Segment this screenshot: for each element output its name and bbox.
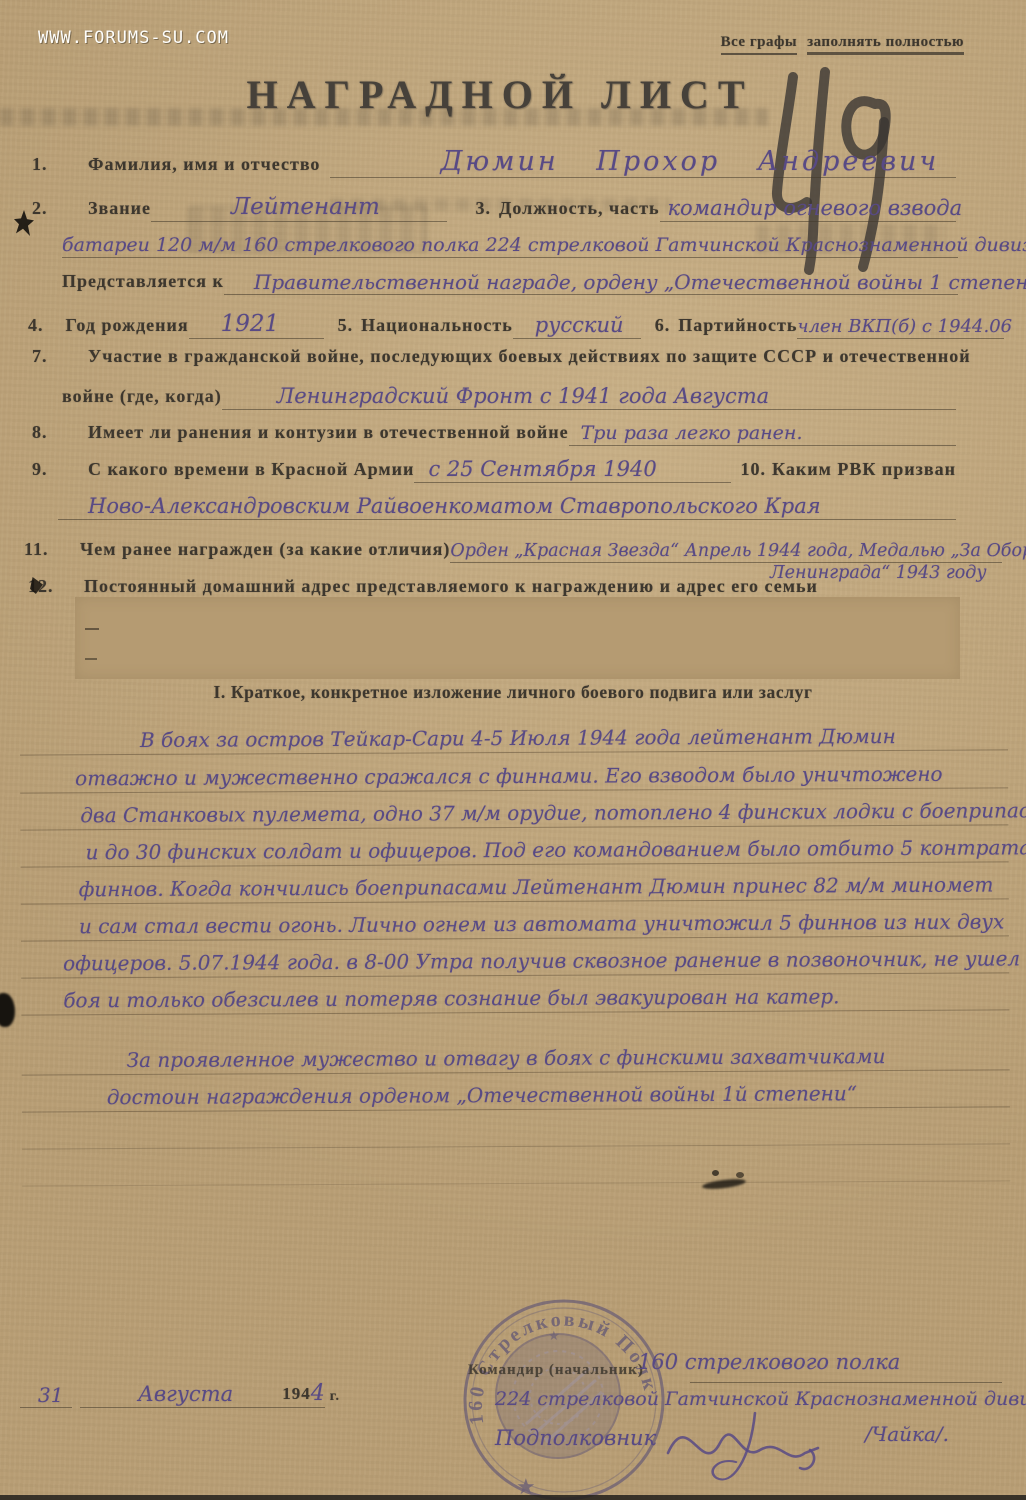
narrative-line: финнов. Когда кончились боеприпасами Лей… bbox=[21, 860, 1009, 904]
field-8-number: 8. bbox=[32, 422, 88, 446]
field-7-number: 7. bbox=[32, 346, 88, 370]
field-row-7: 7. Участие в гражданской войне, последую… bbox=[32, 344, 956, 370]
award-sheet-page: WWW.FORUMS-SU.COM Все графы заполнять по… bbox=[0, 0, 1026, 1500]
narrative-text: финнов. Когда кончились боеприпасами Лей… bbox=[21, 874, 994, 903]
date-month: Августа bbox=[80, 1384, 233, 1407]
watermark: WWW.FORUMS-SU.COM bbox=[38, 28, 229, 48]
narrative-text: и сам стал вести огонь. Лично огнем из а… bbox=[21, 911, 1004, 940]
narrative-text: боя и только обезсилев и потеряв сознани… bbox=[21, 986, 839, 1014]
field-7-label-line2: войне (где, когда) bbox=[62, 386, 222, 410]
narrative-text: достоин награждения орденом „Отечественн… bbox=[22, 1083, 857, 1111]
field-4-line: 1921 bbox=[189, 313, 324, 339]
field-10-value: Ново-Александровским Райвоенкоматом Став… bbox=[58, 496, 821, 519]
field-11-number: 11. bbox=[24, 539, 80, 563]
narrative-line: офицеров. 5.07.1944 года. в 8-00 Утра по… bbox=[21, 934, 1009, 978]
field-row-7-continued: войне (где, когда) Ленинградский Фронт с… bbox=[62, 378, 956, 410]
paper-tear bbox=[0, 993, 15, 1027]
field-6-number: 6. bbox=[655, 315, 671, 339]
presented-value: Правительственной награде, ордену „Отече… bbox=[224, 272, 1026, 294]
field-1-line: Дюмин Прохор Андреевич bbox=[330, 148, 956, 178]
field-row-2-3: 2. Звание Лейтенант 3. Должность, часть … bbox=[32, 190, 956, 222]
field-7-line: Ленинградский Фронт с 1941 года Августа bbox=[222, 386, 956, 410]
narrative-text: два Станковых пулемета, одно 37 м/м оруд… bbox=[20, 800, 1026, 830]
field-1-value: Дюмин Прохор Андреевич bbox=[330, 148, 939, 177]
field-9-line: с 25 Сентября 1940 bbox=[414, 459, 730, 483]
field-row-4-5-6: 4. Год рождения 1921 5. Национальность р… bbox=[28, 306, 1004, 339]
narrative-line: два Станковых пулемета, одно 37 м/м оруд… bbox=[20, 786, 1008, 830]
note-part-2: заполнять полностью bbox=[807, 34, 964, 55]
narrative-text: За проявленное мужество и отвагу в боях … bbox=[22, 1046, 886, 1075]
field-8-line: Три раза легко ранен. bbox=[569, 424, 956, 446]
field-7-value: Ленинградский Фронт с 1941 года Августа bbox=[222, 386, 769, 409]
field-row-8: 8. Имеет ли ранения и контузии в отечест… bbox=[32, 414, 956, 446]
narrative-line: и сам стал вести огонь. Лично огнем из а… bbox=[21, 897, 1009, 941]
date-year-written: 4 bbox=[311, 1383, 325, 1407]
field-1-number: 1. bbox=[32, 154, 88, 178]
field-6-line: член ВКП(б) с 1944.06 bbox=[797, 318, 1004, 339]
field-10-label: Каким РВК призван bbox=[772, 459, 956, 483]
ink-dot bbox=[712, 1170, 719, 1176]
field-11-label: Чем ранее награжден (за какие отличия) bbox=[80, 539, 450, 563]
narrative-line: За проявленное мужество и отвагу в боях … bbox=[21, 1031, 1009, 1075]
field-2-label: Звание bbox=[88, 198, 151, 222]
narrative-text: и до 30 финских солдат и офицеров. Под е… bbox=[20, 837, 1026, 866]
presented-line: Правительственной награде, ордену „Отече… bbox=[224, 272, 958, 295]
merit-section-heading: I. Краткое, конкретное изложение личного… bbox=[0, 682, 1026, 705]
commander-rank: Подполковник bbox=[495, 1428, 656, 1451]
ink-smudge bbox=[702, 1177, 747, 1190]
field-9-number: 9. bbox=[32, 459, 88, 483]
stray-mark bbox=[85, 628, 99, 630]
date-month-line: Августа 194 4 bbox=[80, 1383, 325, 1408]
stray-mark bbox=[85, 658, 97, 660]
empty-ruled-line bbox=[22, 1105, 1010, 1149]
pencil-number-value: 49 bbox=[763, 61, 765, 63]
empty-ruled-line bbox=[22, 1142, 1010, 1186]
date-year-suffix: г. bbox=[330, 1389, 340, 1408]
field-9-value: с 25 Сентября 1940 bbox=[414, 459, 656, 482]
redaction-block bbox=[75, 597, 960, 679]
stamp-bleed-smudge bbox=[0, 108, 768, 126]
field-2-line: Лейтенант bbox=[151, 196, 448, 222]
date-day-line: 31 bbox=[20, 1385, 72, 1408]
hole-punch bbox=[14, 210, 34, 236]
field-3-label: Должность, часть bbox=[499, 198, 660, 222]
narrative-line: боя и только обезсилев и потеряв сознани… bbox=[21, 971, 1009, 1015]
field-row-3-continued: батареи 120 м/м 160 стрелкового полка 22… bbox=[62, 226, 958, 258]
field-4-label: Год рождения bbox=[66, 315, 189, 339]
field-5-line: русский bbox=[513, 315, 641, 339]
note-part-1: Все графы bbox=[721, 34, 798, 55]
field-9-label: С какого времени в Красной Армии bbox=[88, 459, 414, 483]
field-2-number: 2. bbox=[32, 198, 88, 222]
field-8-value: Три раза легко ранен. bbox=[569, 424, 803, 445]
field-10-number: 10. bbox=[741, 459, 767, 483]
narrative-line: достоин награждения орденом „Отечественн… bbox=[22, 1068, 1010, 1112]
ink-dot bbox=[736, 1172, 744, 1178]
narrative-text: отважно и мужественно сражался с финнами… bbox=[20, 764, 943, 793]
narrative-line: отважно и мужественно сражался с финнами… bbox=[20, 749, 1008, 793]
narrative-text: офицеров. 5.07.1944 года. в 8-00 Утра по… bbox=[21, 948, 1026, 978]
date-day: 31 bbox=[20, 1385, 63, 1407]
field-row-1: 1. Фамилия, имя и отчество Дюмин Прохор … bbox=[32, 146, 956, 178]
scan-edge bbox=[0, 1495, 1026, 1500]
presented-label: Представляется к bbox=[62, 271, 224, 295]
field-10-line: Ново-Александровским Райвоенкоматом Став… bbox=[58, 496, 956, 520]
fill-all-fields-note: Все графы заполнять полностью bbox=[721, 34, 964, 55]
stamp-small-star-icon: ★ bbox=[548, 1328, 560, 1343]
commander-printed-label: Командир (начальник) bbox=[468, 1362, 644, 1382]
signature-scrawl bbox=[660, 1398, 880, 1500]
field-4-number: 4. bbox=[28, 315, 44, 339]
field-1-label: Фамилия, имя и отчество bbox=[88, 154, 320, 178]
commander-line bbox=[690, 1354, 1002, 1383]
field-3-value: командир огневого взвода bbox=[660, 198, 963, 221]
field-3-number: 3. bbox=[475, 198, 491, 222]
field-row-9-10: 9. С какого времени в Красной Армии с 25… bbox=[32, 450, 956, 483]
field-3-line: командир огневого взвода bbox=[660, 198, 957, 222]
field-3-value-2: батареи 120 м/м 160 стрелкового полка 22… bbox=[62, 236, 1026, 257]
narrative-text: В боях за остров Тейкар-Сари 4-5 Июля 19… bbox=[20, 726, 896, 755]
date-row: 31 Августа 194 4 г. bbox=[20, 1372, 340, 1408]
narrative-line: и до 30 финских солдат и офицеров. Под е… bbox=[20, 823, 1008, 867]
field-2-value: Лейтенант bbox=[151, 196, 380, 221]
field-row-10-value: Ново-Александровским Райвоенкоматом Став… bbox=[58, 488, 956, 520]
narrative-line: В боях за остров Тейкар-Сари 4-5 Июля 19… bbox=[20, 711, 1008, 755]
field-6-value: член ВКП(б) с 1944.06 bbox=[797, 318, 1012, 338]
field-5-number: 5. bbox=[338, 315, 354, 339]
field-row-presented: Представляется к Правительственной награ… bbox=[62, 262, 958, 295]
field-3-line-2: батареи 120 м/м 160 стрелкового полка 22… bbox=[62, 236, 958, 258]
field-7-label-line1: Участие в гражданской войне, последующих… bbox=[88, 346, 971, 370]
field-6-label: Партийность bbox=[678, 315, 797, 339]
date-year-printed: 194 bbox=[282, 1384, 311, 1407]
field-4-value: 1921 bbox=[189, 313, 280, 338]
field-8-label: Имеет ли ранения и контузии в отечествен… bbox=[88, 422, 569, 446]
field-5-label: Национальность bbox=[361, 315, 513, 339]
field-5-value: русский bbox=[513, 315, 624, 338]
